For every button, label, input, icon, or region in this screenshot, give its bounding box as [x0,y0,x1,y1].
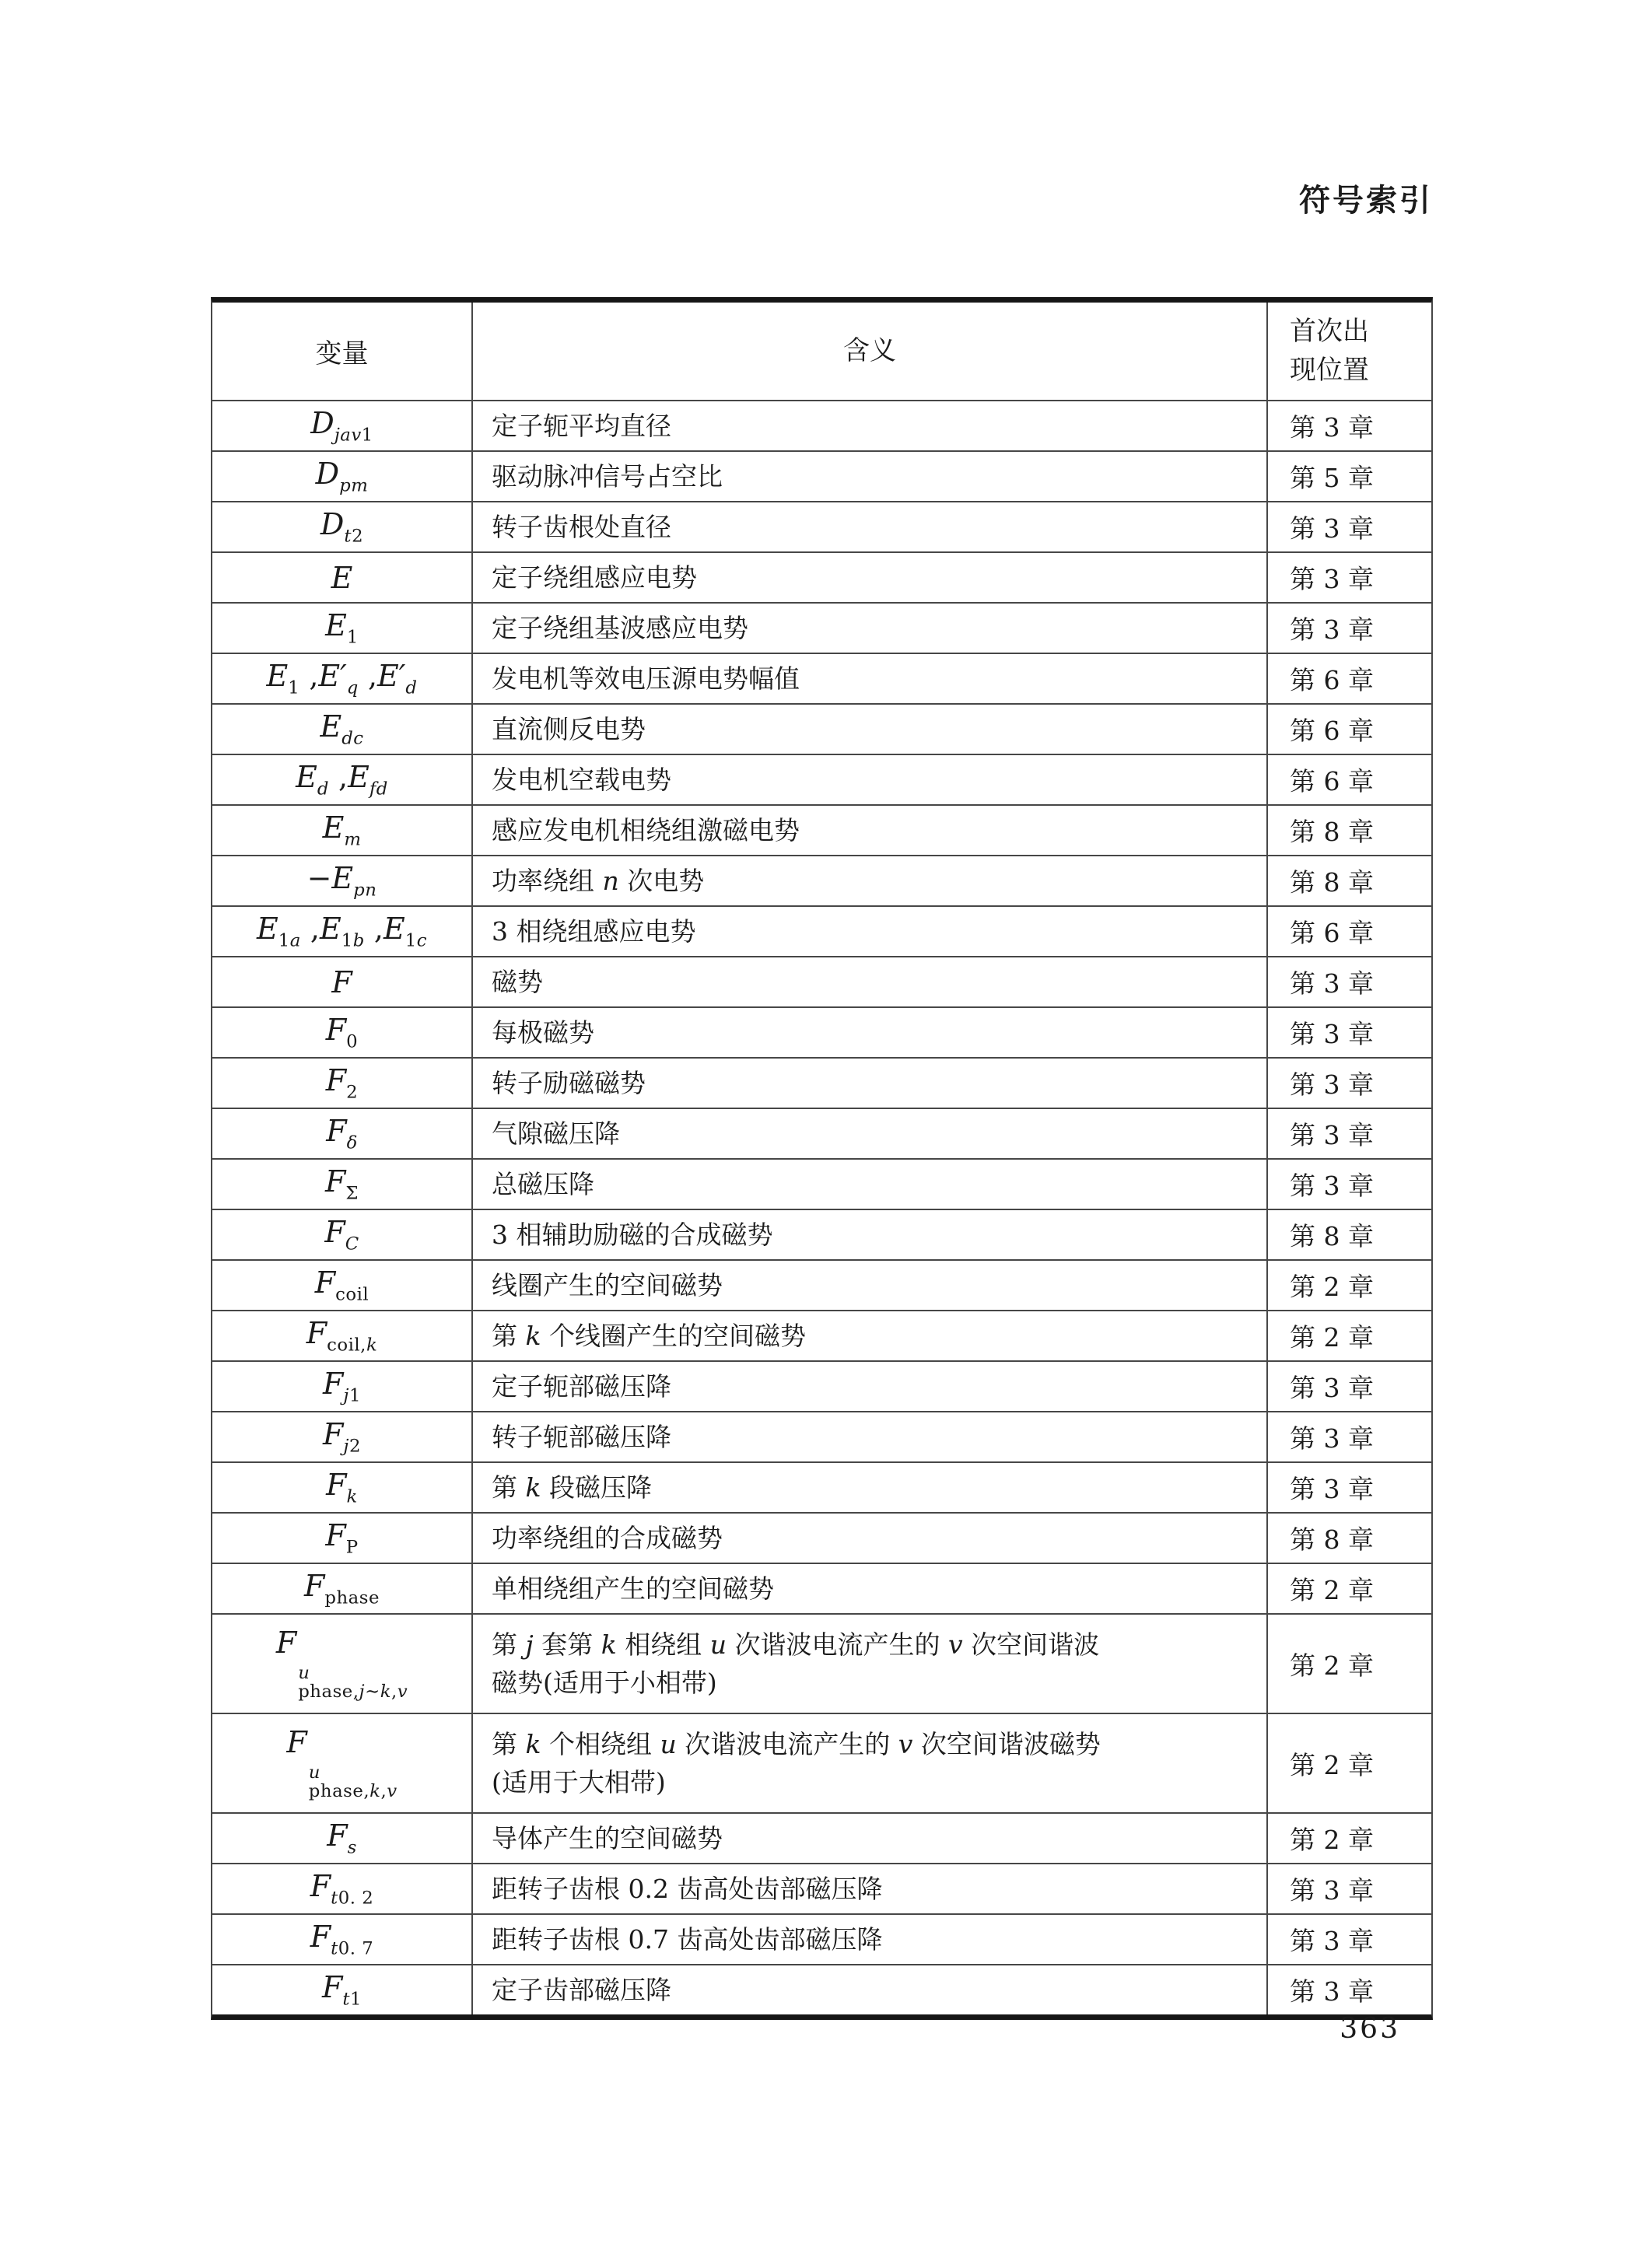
variable-symbol: Fj2 [323,1417,361,1457]
meaning-cell: 导体产生的空间磁势 [473,1814,1268,1863]
chapter-cell: 第 3 章 [1268,957,1431,1006]
table-row: Ft0. 7 距转子齿根 0.7 齿高处齿部磁压降 第 3 章 [212,1915,1431,1965]
table-row: F0 每极磁势 第 3 章 [212,1008,1431,1059]
chapter-text: 第 6 章 [1290,761,1374,798]
variable-cell: Ft1 [212,1965,473,2014]
chapter-text: 第 3 章 [1290,610,1374,646]
chapter-text: 第 8 章 [1290,812,1374,849]
variable-symbol: FΣ [325,1164,359,1204]
chapter-cell: 第 2 章 [1268,1714,1431,1812]
variable-cell: Fuphase,j∼k,v [212,1615,473,1713]
header-first-seen: 首次出 现位置 [1268,303,1431,400]
table-row: Fcoil 线圈产生的空间磁势 第 2 章 [212,1261,1431,1311]
chapter-cell: 第 2 章 [1268,1311,1431,1360]
page-number: 363 [1340,2013,1400,2045]
meaning-text: 第 k 个线圈产生的空间磁势 [492,1317,806,1356]
variable-cell: Edc [212,705,473,754]
meaning-cell: 第 k 个相绕组 u 次谐波电流产生的 v 次空间谐波磁势(适用于大相带) [473,1714,1268,1812]
variable-cell: F [212,957,473,1006]
meaning-text: 发电机空载电势 [492,761,671,800]
variable-cell: Dt2 [212,502,473,551]
chapter-text: 第 3 章 [1290,559,1374,596]
meaning-text: 距转子齿根 0.2 齿高处齿部磁压降 [492,1870,882,1909]
table-header-row: 变量 含义 首次出 现位置 [212,303,1431,401]
chapter-cell: 第 6 章 [1268,907,1431,956]
chapter-cell: 第 8 章 [1268,1514,1431,1563]
table-row: Ft0. 2 距转子齿根 0.2 齿高处齿部磁压降 第 3 章 [212,1864,1431,1915]
chapter-text: 第 3 章 [1290,1871,1374,1907]
meaning-cell: 发电机空载电势 [473,755,1268,804]
variable-cell: F2 [212,1059,473,1108]
chapter-text: 第 5 章 [1290,458,1374,495]
meaning-text: 总磁压降 [492,1165,594,1204]
chapter-cell: 第 3 章 [1268,604,1431,653]
variable-cell: FC [212,1210,473,1259]
chapter-cell: 第 2 章 [1268,1564,1431,1613]
variable-cell: E [212,553,473,602]
variable-symbol: E1 ,E′q ,E′d [266,659,417,698]
variable-cell: FΣ [212,1160,473,1209]
variable-cell: Fphase [212,1564,473,1613]
meaning-cell: 线圈产生的空间磁势 [473,1261,1268,1310]
table-row: E 定子绕组感应电势 第 3 章 [212,553,1431,604]
meaning-text: 驱动脉冲信号占空比 [492,457,723,496]
chapter-text: 第 3 章 [1290,509,1374,545]
chapter-cell: 第 8 章 [1268,1210,1431,1259]
variable-cell: Fj1 [212,1362,473,1411]
chapter-cell: 第 6 章 [1268,654,1431,703]
table-row: Fδ 气隙磁压降 第 3 章 [212,1109,1431,1160]
meaning-text: 转子齿根处直径 [492,508,671,547]
meaning-cell: 3 相辅助励磁的合成磁势 [473,1210,1268,1259]
meaning-cell: 定子齿部磁压降 [473,1965,1268,2014]
chapter-cell: 第 3 章 [1268,1008,1431,1057]
meaning-cell: 功率绕组 n 次电势 [473,856,1268,905]
meaning-cell: 总磁压降 [473,1160,1268,1209]
meaning-text: 导体产生的空间磁势 [492,1819,723,1858]
meaning-text: 3 相辅助励磁的合成磁势 [492,1216,773,1255]
chapter-cell: 第 3 章 [1268,401,1431,450]
variable-symbol: F0 [326,1013,358,1052]
meaning-cell: 每极磁势 [473,1008,1268,1057]
variable-symbol: Ft0. 7 [310,1920,374,1959]
meaning-text: 3 相绕组感应电势 [492,912,696,951]
chapter-cell: 第 6 章 [1268,755,1431,804]
table-row: Edc 直流侧反电势 第 6 章 [212,705,1431,755]
chapter-text: 第 8 章 [1290,863,1374,899]
table-row: Fj1 定子轭部磁压降 第 3 章 [212,1362,1431,1412]
symbol-table-body: Djav1 定子轭平均直径 第 3 章 Dpm 驱动脉冲信号占空比 第 5 章 … [212,401,1431,2014]
variable-cell: FP [212,1514,473,1563]
meaning-text: 直流侧反电势 [492,710,646,749]
chapter-text: 第 8 章 [1290,1216,1374,1253]
table-row: Em 感应发电机相绕组激磁电势 第 8 章 [212,806,1431,856]
meaning-text: 气隙磁压降 [492,1115,620,1153]
chapter-text: 第 2 章 [1290,1820,1374,1857]
table-row: Djav1 定子轭平均直径 第 3 章 [212,401,1431,452]
meaning-cell: 定子绕组感应电势 [473,553,1268,602]
table-row: Fj2 转子轭部磁压降 第 3 章 [212,1412,1431,1463]
variable-cell: Fcoil [212,1261,473,1310]
table-row: FΣ 总磁压降 第 3 章 [212,1160,1431,1210]
meaning-cell: 转子齿根处直径 [473,502,1268,551]
table-row: FC 3 相辅助励磁的合成磁势 第 8 章 [212,1210,1431,1261]
meaning-cell: 定子绕组基波感应电势 [473,604,1268,653]
table-row: Dpm 驱动脉冲信号占空比 第 5 章 [212,452,1431,502]
table-row: FP 功率绕组的合成磁势 第 8 章 [212,1514,1431,1564]
meaning-cell: 单相绕组产生的空间磁势 [473,1564,1268,1613]
meaning-cell: 距转子齿根 0.7 齿高处齿部磁压降 [473,1915,1268,1964]
variable-symbol: FC [324,1215,359,1255]
table-row: Fk 第 k 段磁压降 第 3 章 [212,1463,1431,1514]
table-row: −Epn 功率绕组 n 次电势 第 8 章 [212,856,1431,907]
table-row: Fuphase,k,v 第 k 个相绕组 u 次谐波电流产生的 v 次空间谐波磁… [212,1714,1431,1814]
variable-cell: Ed ,Efd [212,755,473,804]
variable-cell: E1 ,E′q ,E′d [212,654,473,703]
meaning-text: 定子轭平均直径 [492,407,671,446]
variable-symbol: Fs [327,1818,357,1858]
chapter-cell: 第 8 章 [1268,856,1431,905]
variable-cell: Ft0. 2 [212,1864,473,1913]
variable-cell: Djav1 [212,401,473,450]
meaning-cell: 驱动脉冲信号占空比 [473,452,1268,501]
meaning-cell: 磁势 [473,957,1268,1006]
meaning-text: 定子齿部磁压降 [492,1971,671,2010]
chapter-text: 第 8 章 [1290,1520,1374,1556]
chapter-text: 第 2 章 [1290,1745,1374,1782]
meaning-cell: 距转子齿根 0.2 齿高处齿部磁压降 [473,1864,1268,1913]
meaning-text: 第 k 个相绕组 u 次谐波电流产生的 v 次空间谐波磁势(适用于大相带) [492,1725,1101,1802]
meaning-text: 功率绕组 n 次电势 [492,862,704,901]
variable-symbol: Fuphase,k,v [286,1725,397,1801]
meaning-text: 转子励磁磁势 [492,1064,646,1103]
chapter-text: 第 6 章 [1290,711,1374,747]
variable-symbol: Ft1 [322,1970,362,2010]
table-row: F 磁势 第 3 章 [212,957,1431,1008]
chapter-cell: 第 8 章 [1268,806,1431,855]
variable-symbol: FP [325,1518,358,1558]
chapter-cell: 第 3 章 [1268,1864,1431,1913]
table-row: E1 定子绕组基波感应电势 第 3 章 [212,604,1431,654]
header-first-seen-line2: 现位置 [1290,352,1369,390]
chapter-text: 第 3 章 [1290,1014,1374,1051]
table-row: Fphase 单相绕组产生的空间磁势 第 2 章 [212,1564,1431,1615]
variable-symbol: Djav1 [310,406,373,446]
variable-cell: Fk [212,1463,473,1512]
meaning-text: 单相绕组产生的空间磁势 [492,1570,774,1608]
chapter-text: 第 3 章 [1290,408,1374,444]
variable-cell: Fs [212,1814,473,1863]
meaning-text: 定子绕组感应电势 [492,558,697,597]
symbol-index-table: 变量 含义 首次出 现位置 Djav1 定子轭平均直径 第 3 章 Dpm 驱动… [211,297,1433,2020]
variable-symbol: −Epn [307,861,377,901]
variable-cell: Em [212,806,473,855]
variable-symbol: Edc [320,709,363,749]
chapter-text: 第 6 章 [1290,913,1374,950]
chapter-cell: 第 3 章 [1268,1109,1431,1158]
variable-symbol: Fphase [304,1569,380,1608]
variable-symbol: Dpm [316,457,369,496]
variable-symbol: Dt2 [320,507,363,547]
table-row: Fs 导体产生的空间磁势 第 2 章 [212,1814,1431,1864]
table-row: Dt2 转子齿根处直径 第 3 章 [212,502,1431,553]
variable-symbol: F2 [326,1063,358,1103]
variable-symbol: Fj1 [323,1367,361,1406]
variable-cell: E1a ,E1b ,E1c [212,907,473,956]
variable-symbol: E1 [325,608,359,648]
meaning-text: 第 k 段磁压降 [492,1468,652,1507]
variable-symbol: Fk [326,1468,358,1507]
variable-symbol: Em [323,810,362,850]
chapter-text: 第 2 章 [1290,1267,1374,1304]
chapter-text: 第 2 章 [1290,1646,1374,1682]
variable-cell: E1 [212,604,473,653]
chapter-cell: 第 5 章 [1268,452,1431,501]
table-row: Ft1 定子齿部磁压降 第 3 章 [212,1965,1431,2014]
meaning-cell: 发电机等效电压源电势幅值 [473,654,1268,703]
header-variable: 变量 [212,303,473,400]
variable-cell: Fj2 [212,1412,473,1461]
variable-cell: Fcoil,k [212,1311,473,1360]
chapter-text: 第 3 章 [1290,1368,1374,1405]
meaning-cell: 第 j 套第 k 相绕组 u 次谐波电流产生的 v 次空间谐波磁势(适用于小相带… [473,1615,1268,1713]
chapter-cell: 第 3 章 [1268,1412,1431,1461]
table-row: E1 ,E′q ,E′d 发电机等效电压源电势幅值 第 6 章 [212,654,1431,705]
variable-symbol: E1a ,E1b ,E1c [257,912,427,951]
chapter-cell: 第 2 章 [1268,1814,1431,1863]
header-meaning: 含义 [473,303,1268,400]
chapter-cell: 第 3 章 [1268,553,1431,602]
table-row: F2 转子励磁磁势 第 3 章 [212,1059,1431,1109]
variable-cell: Fδ [212,1109,473,1158]
meaning-text: 定子轭部磁压降 [492,1367,671,1406]
meaning-cell: 3 相绕组感应电势 [473,907,1268,956]
variable-cell: Fuphase,k,v [212,1714,473,1812]
meaning-cell: 气隙磁压降 [473,1109,1268,1158]
variable-cell: Dpm [212,452,473,501]
variable-cell: Ft0. 7 [212,1915,473,1964]
variable-symbol: Ft0. 2 [310,1869,374,1909]
meaning-cell: 直流侧反电势 [473,705,1268,754]
variable-cell: −Epn [212,856,473,905]
chapter-cell: 第 2 章 [1268,1615,1431,1713]
meaning-text: 转子轭部磁压降 [492,1418,671,1457]
meaning-text: 功率绕组的合成磁势 [492,1519,723,1558]
meaning-cell: 定子轭平均直径 [473,401,1268,450]
header-meaning-label: 含义 [843,331,896,371]
chapter-cell: 第 3 章 [1268,1059,1431,1108]
meaning-cell: 定子轭部磁压降 [473,1362,1268,1411]
page-title: 符号索引 [1299,176,1433,220]
meaning-text: 发电机等效电压源电势幅值 [492,660,800,698]
meaning-text: 距转子齿根 0.7 齿高处齿部磁压降 [492,1920,882,1959]
header-variable-label: 变量 [316,332,369,370]
header-first-seen-line1: 首次出 [1290,313,1369,351]
chapter-text: 第 6 章 [1290,660,1374,697]
meaning-text: 感应发电机相绕组激磁电势 [492,811,800,850]
meaning-cell: 第 k 个线圈产生的空间磁势 [473,1311,1268,1360]
variable-symbol: F [331,965,352,999]
chapter-text: 第 3 章 [1290,1469,1374,1506]
chapter-text: 第 3 章 [1290,1166,1374,1202]
chapter-cell: 第 3 章 [1268,1362,1431,1411]
chapter-cell: 第 3 章 [1268,1463,1431,1512]
book-page: 符号索引 变量 含义 首次出 现位置 Djav1 定子轭平均直径 第 3 章 [0,0,1625,2268]
chapter-text: 第 3 章 [1290,1065,1374,1101]
chapter-text: 第 3 章 [1290,1972,1374,2008]
chapter-text: 第 3 章 [1290,1115,1374,1152]
table-row: Fuphase,j∼k,v 第 j 套第 k 相绕组 u 次谐波电流产生的 v … [212,1615,1431,1714]
chapter-cell: 第 2 章 [1268,1261,1431,1310]
meaning-cell: 第 k 段磁压降 [473,1463,1268,1512]
chapter-cell: 第 3 章 [1268,1915,1431,1964]
meaning-cell: 转子励磁磁势 [473,1059,1268,1108]
variable-symbol: E [331,561,353,595]
variable-symbol: Fuphase,j∼k,v [276,1626,408,1702]
meaning-text: 线圈产生的空间磁势 [492,1266,723,1305]
table-row: E1a ,E1b ,E1c 3 相绕组感应电势 第 6 章 [212,907,1431,957]
meaning-text: 每极磁势 [492,1013,594,1052]
meaning-text: 第 j 套第 k 相绕组 u 次谐波电流产生的 v 次空间谐波磁势(适用于小相带… [492,1626,1099,1703]
chapter-text: 第 3 章 [1290,1419,1374,1455]
variable-cell: F0 [212,1008,473,1057]
chapter-text: 第 3 章 [1290,964,1374,1000]
meaning-text: 定子绕组基波感应电势 [492,609,748,648]
variable-symbol: Fcoil,k [306,1316,378,1356]
meaning-cell: 感应发电机相绕组激磁电势 [473,806,1268,855]
chapter-text: 第 2 章 [1290,1570,1374,1607]
chapter-text: 第 2 章 [1290,1318,1374,1354]
variable-symbol: Fcoil [315,1265,369,1305]
chapter-text: 第 3 章 [1290,1921,1374,1958]
table-row: Ed ,Efd 发电机空载电势 第 6 章 [212,755,1431,806]
table-row: Fcoil,k 第 k 个线圈产生的空间磁势 第 2 章 [212,1311,1431,1362]
meaning-text: 磁势 [492,963,543,1002]
meaning-cell: 功率绕组的合成磁势 [473,1514,1268,1563]
variable-symbol: Fδ [326,1114,358,1153]
chapter-cell: 第 3 章 [1268,1160,1431,1209]
variable-symbol: Ed ,Efd [296,760,388,800]
chapter-cell: 第 3 章 [1268,502,1431,551]
meaning-cell: 转子轭部磁压降 [473,1412,1268,1461]
chapter-cell: 第 6 章 [1268,705,1431,754]
chapter-cell: 第 3 章 [1268,1965,1431,2014]
